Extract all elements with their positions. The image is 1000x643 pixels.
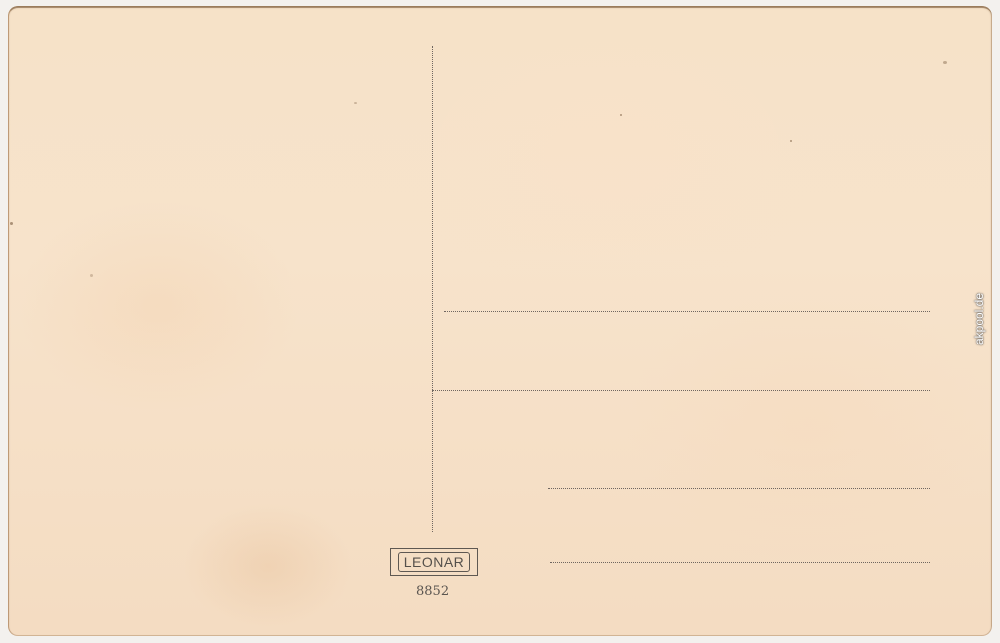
paper-speck <box>354 102 357 104</box>
address-line-2 <box>432 390 930 391</box>
paper-speck <box>620 114 622 116</box>
center-divider-line <box>432 46 433 532</box>
paper-speck <box>943 61 947 64</box>
catalog-number: 8852 <box>416 584 449 599</box>
publisher-logo: LEONAR <box>390 548 478 576</box>
watermark-text: akpool.de <box>972 293 986 345</box>
address-line-1 <box>444 311 930 312</box>
address-line-3 <box>548 488 930 489</box>
postcard-back: LEONAR 8852 <box>8 6 992 636</box>
paper-speck <box>90 274 93 277</box>
address-line-4 <box>550 562 930 563</box>
watermark: akpool.de <box>968 288 990 350</box>
paper-speck <box>10 222 13 225</box>
paper-speck <box>790 140 792 142</box>
publisher-name: LEONAR <box>398 552 471 572</box>
